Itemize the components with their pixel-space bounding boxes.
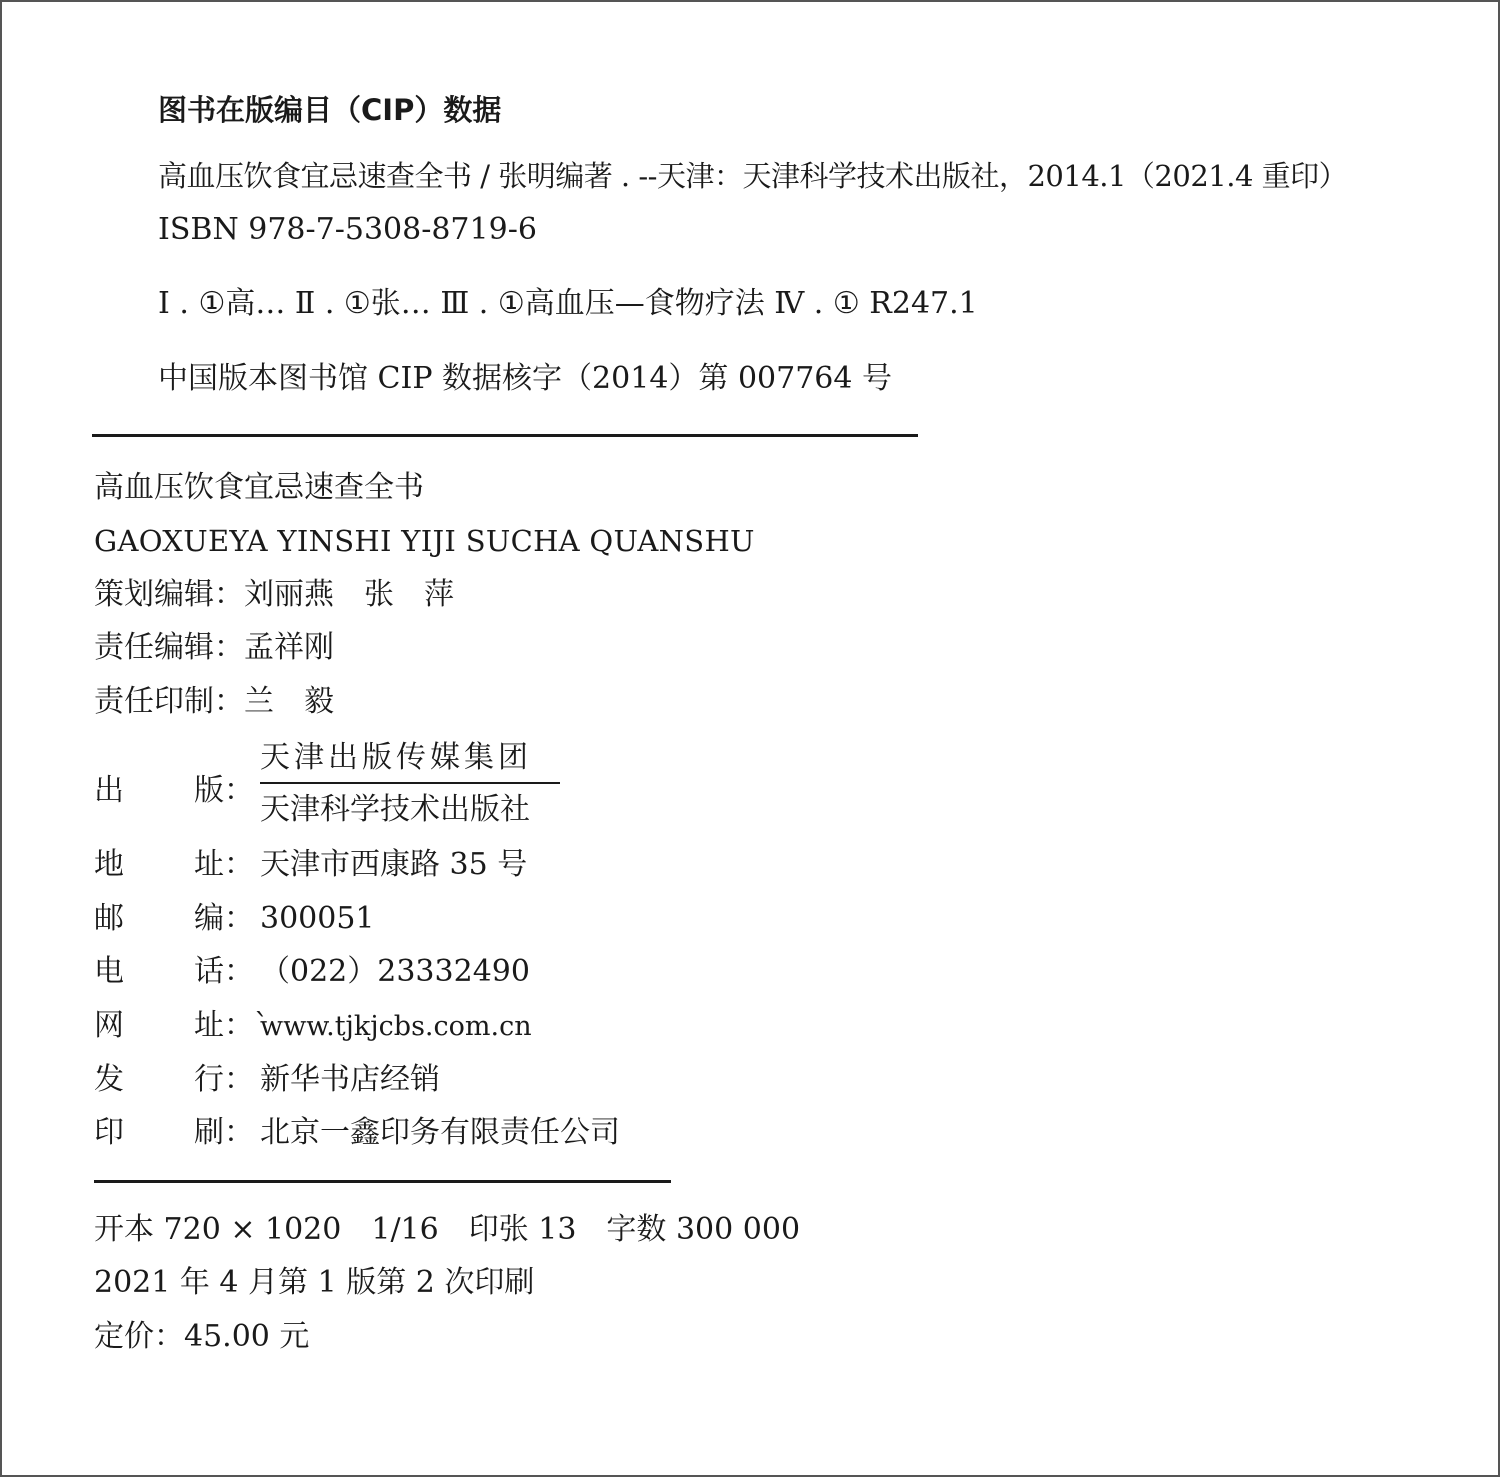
label-colon: ： bbox=[224, 847, 260, 883]
detail-value: 北京一鑫印务有限责任公司 bbox=[260, 1115, 620, 1150]
label-char: 址 bbox=[194, 847, 224, 883]
label-colon: ： bbox=[224, 773, 254, 809]
credit-value: 兰 毅 bbox=[244, 684, 334, 719]
detail-distribution: 发行：新华书店经销 bbox=[94, 1062, 440, 1098]
detail-value: 天津市西康路 35 号 bbox=[260, 847, 527, 882]
publisher-divider bbox=[260, 782, 560, 784]
credit-label: 责任印制： bbox=[94, 684, 244, 720]
label-char: 印 bbox=[94, 1115, 124, 1151]
copyright-page: 图书在版编目（CIP）数据 高血压饮食宜忌速查全书 / 张明编著 . --天津：… bbox=[0, 0, 1500, 1477]
detail-printer: 印刷：北京一鑫印务有限责任公司 bbox=[94, 1115, 620, 1151]
publisher-label: 出 版 ： bbox=[94, 773, 254, 809]
detail-value: （022）23332490 bbox=[260, 954, 530, 989]
label-colon: ： bbox=[224, 954, 260, 990]
credit-planning-editor: 策划编辑：刘丽燕 张 萍 bbox=[94, 577, 454, 613]
label-colon: ： bbox=[224, 1115, 260, 1151]
detail-value: 新华书店经销 bbox=[260, 1062, 440, 1097]
book-pinyin-title: GAOXUEYA YINSHI YIJI SUCHA QUANSHU bbox=[94, 523, 755, 559]
cip-description: 高血压饮食宜忌速查全书 / 张明编著 . --天津：天津科学技术出版社，2014… bbox=[158, 158, 1347, 194]
label-colon: ： bbox=[224, 1062, 260, 1098]
label-char: 版 bbox=[194, 773, 224, 809]
label-char: 网 bbox=[94, 1008, 124, 1044]
detail-address: 地址：天津市西康路 35 号 bbox=[94, 847, 527, 883]
label-char: 编 bbox=[194, 901, 224, 937]
publisher-press: 天津科学技术出版社 bbox=[260, 792, 530, 828]
credit-label: 责任编辑： bbox=[94, 630, 244, 666]
credit-print-supervisor: 责任印制：兰 毅 bbox=[94, 684, 334, 720]
isbn: ISBN 978-7-5308-8719-6 bbox=[158, 212, 537, 248]
book-title: 高血压饮食宜忌速查全书 bbox=[94, 470, 424, 506]
label-char: 出 bbox=[94, 773, 124, 809]
label-char: 邮 bbox=[94, 901, 124, 937]
detail-postcode: 邮编：300051 bbox=[94, 901, 375, 937]
edition-info: 2021 年 4 月第 1 版第 2 次印刷 bbox=[94, 1265, 534, 1301]
format-specs: 开本 720 × 1020 1/16 印张 13 字数 300 000 bbox=[94, 1212, 800, 1248]
cip-classification: Ⅰ . ①高… Ⅱ . ①张… Ⅲ . ①高血压—食物疗法 Ⅳ . ① R247… bbox=[158, 286, 978, 322]
label-char: 电 bbox=[94, 954, 124, 990]
credit-value: 孟祥刚 bbox=[244, 630, 334, 665]
label-colon: ：` bbox=[224, 1008, 260, 1044]
label-colon: ： bbox=[224, 901, 260, 937]
label-char: 行 bbox=[194, 1062, 224, 1098]
credit-responsible-editor: 责任编辑：孟祥刚 bbox=[94, 630, 334, 666]
label-char: 地 bbox=[94, 847, 124, 883]
label-char: 址 bbox=[194, 1008, 224, 1044]
label-char: 刷 bbox=[194, 1115, 224, 1151]
website-link[interactable]: www.tjkjcbs.com.cn bbox=[260, 1011, 532, 1042]
price: 定价：45.00 元 bbox=[94, 1319, 309, 1355]
label-char: 发 bbox=[94, 1062, 124, 1098]
divider-bottom bbox=[94, 1180, 671, 1183]
credit-value: 刘丽燕 张 萍 bbox=[244, 577, 454, 612]
label-char: 话 bbox=[194, 954, 224, 990]
credit-label: 策划编辑： bbox=[94, 577, 244, 613]
publisher-group: 天津出版传媒集团 bbox=[260, 740, 532, 776]
cip-verification-number: 中国版本图书馆 CIP 数据核字（2014）第 007764 号 bbox=[158, 361, 892, 397]
detail-value: 300051 bbox=[260, 901, 375, 936]
divider-top bbox=[92, 434, 918, 437]
cip-heading: 图书在版编目（CIP）数据 bbox=[158, 92, 501, 128]
detail-phone: 电话：（022）23332490 bbox=[94, 954, 530, 990]
detail-website: 网址：`www.tjkjcbs.com.cn bbox=[94, 1008, 532, 1045]
